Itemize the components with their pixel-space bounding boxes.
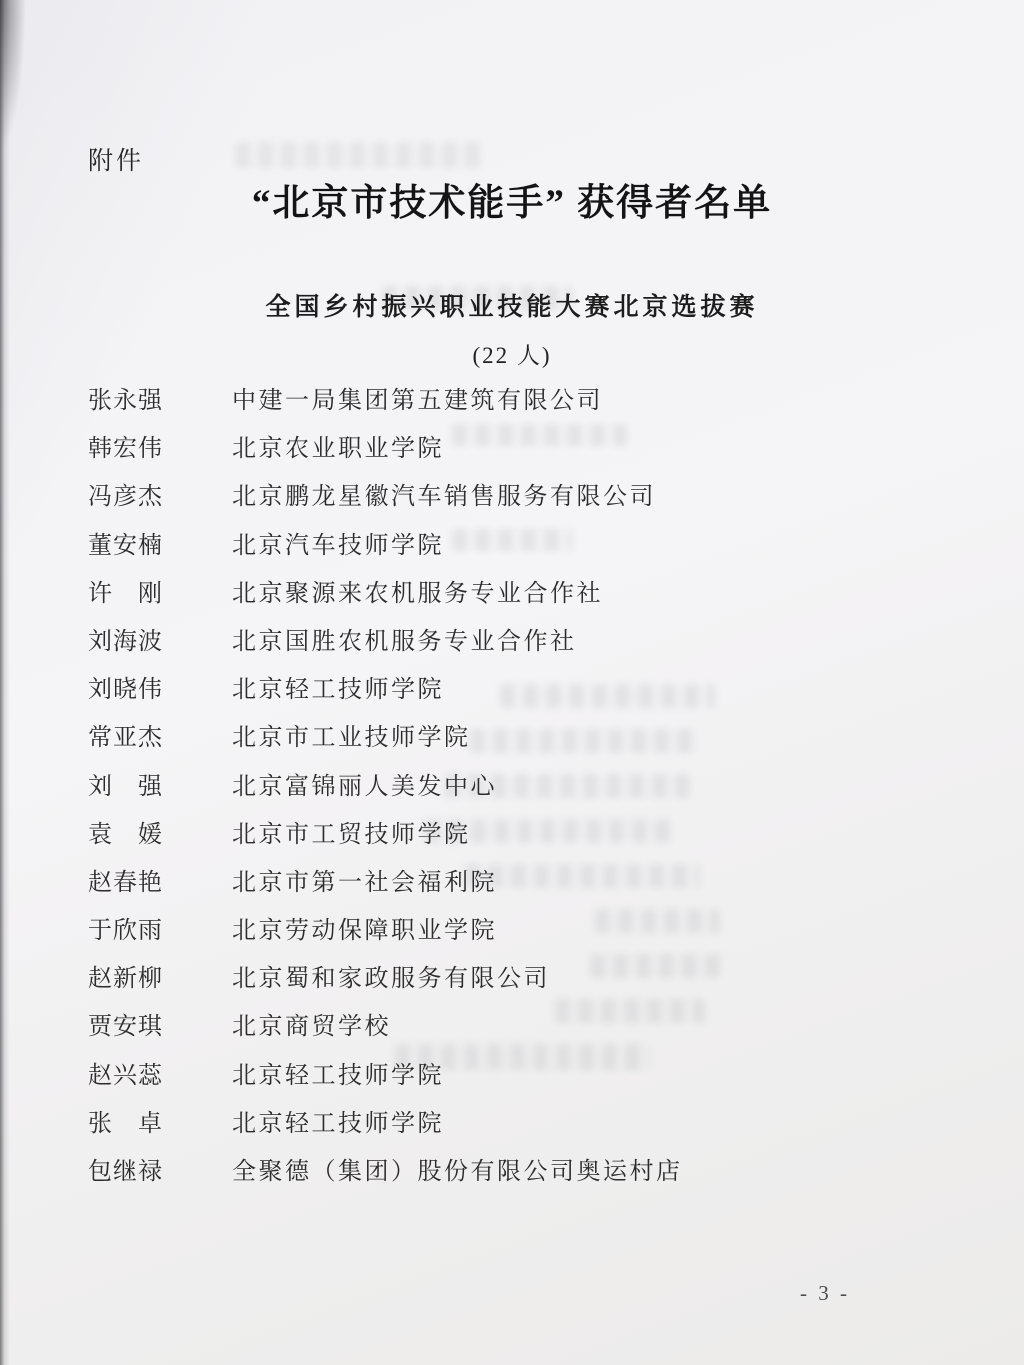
winner-row: 赵春艳北京市第一社会福利院 <box>88 862 948 910</box>
winner-organization: 中建一局集团第五建筑有限公司 <box>232 380 603 415</box>
winner-organization: 北京富锦丽人美发中心 <box>232 766 497 801</box>
winner-name: 韩宏伟 <box>88 428 198 463</box>
winner-organization: 北京商贸学校 <box>232 1006 391 1041</box>
winner-organization: 北京劳动保障职业学院 <box>232 910 497 945</box>
scan-corner-shadow <box>0 0 26 150</box>
document-title: “北京市技术能手” 获得者名单 <box>0 172 1024 226</box>
winner-organization: 北京市工业技师学院 <box>232 717 471 752</box>
page-number: - 3 - <box>770 1281 880 1306</box>
winner-row: 许 刚北京聚源来农机服务专业合作社 <box>88 573 948 621</box>
winner-name: 贾安琪 <box>88 1006 198 1041</box>
winner-organization: 北京轻工技师学院 <box>232 669 444 704</box>
winner-organization: 北京农业职业学院 <box>232 428 444 463</box>
winner-row: 赵兴蕊北京轻工技师学院 <box>88 1055 948 1103</box>
winner-name: 冯彦杰 <box>88 476 198 511</box>
winner-name: 刘 强 <box>88 766 198 801</box>
winner-organization: 北京轻工技师学院 <box>232 1103 444 1138</box>
winner-row: 赵新柳北京蜀和家政服务有限公司 <box>88 958 948 1006</box>
winner-organization: 北京汽车技师学院 <box>232 525 444 560</box>
winner-row: 刘海波北京国胜农机服务专业合作社 <box>88 621 948 669</box>
winner-organization: 北京市第一社会福利院 <box>232 862 497 897</box>
winner-row: 于欣雨北京劳动保障职业学院 <box>88 910 948 958</box>
winner-name: 于欣雨 <box>88 910 198 945</box>
winner-row: 贾安琪北京商贸学校 <box>88 1006 948 1054</box>
winner-name: 许 刚 <box>88 573 198 608</box>
winner-organization: 北京聚源来农机服务专业合作社 <box>232 573 603 608</box>
bleed-through-artifact <box>235 142 480 168</box>
winner-organization: 北京国胜农机服务专业合作社 <box>232 621 577 656</box>
winner-name: 常亚杰 <box>88 717 198 752</box>
winner-name: 董安楠 <box>88 525 198 560</box>
winner-row: 张 卓北京轻工技师学院 <box>88 1103 948 1151</box>
winner-row: 董安楠北京汽车技师学院 <box>88 525 948 573</box>
winner-organization: 北京市工贸技师学院 <box>232 814 471 849</box>
winner-name: 刘海波 <box>88 621 198 656</box>
winner-row: 刘 强北京富锦丽人美发中心 <box>88 766 948 814</box>
winner-row: 冯彦杰北京鹏龙星徽汽车销售服务有限公司 <box>88 476 948 524</box>
winner-organization: 北京鹏龙星徽汽车销售服务有限公司 <box>232 476 656 511</box>
winner-name: 袁 媛 <box>88 814 198 849</box>
winner-row: 韩宏伟北京农业职业学院 <box>88 428 948 476</box>
winner-name: 包继禄 <box>88 1151 198 1186</box>
winner-row: 张永强中建一局集团第五建筑有限公司 <box>88 380 948 428</box>
winner-name: 张永强 <box>88 380 198 415</box>
winner-organization: 全聚德（集团）股份有限公司奥运村店 <box>232 1151 683 1186</box>
winner-row: 包继禄全聚德（集团）股份有限公司奥运村店 <box>88 1151 948 1199</box>
winner-name: 赵新柳 <box>88 958 198 993</box>
winner-organization: 北京蜀和家政服务有限公司 <box>232 958 550 993</box>
winner-name: 刘晓伟 <box>88 669 198 704</box>
winner-name: 张 卓 <box>88 1103 198 1138</box>
scanned-document-page: 附件 “北京市技术能手” 获得者名单 全国乡村振兴职业技能大赛北京选拔赛 (22… <box>0 0 1024 1365</box>
winner-row: 常亚杰北京市工业技师学院 <box>88 717 948 765</box>
winner-row: 袁 媛北京市工贸技师学院 <box>88 814 948 862</box>
winner-name: 赵兴蕊 <box>88 1055 198 1090</box>
winner-row: 刘晓伟北京轻工技师学院 <box>88 669 948 717</box>
winner-list: 张永强中建一局集团第五建筑有限公司韩宏伟北京农业职业学院冯彦杰北京鹏龙星徽汽车销… <box>88 380 948 1199</box>
winner-organization: 北京轻工技师学院 <box>232 1055 444 1090</box>
winner-name: 赵春艳 <box>88 862 198 897</box>
winner-count: (22 人) <box>0 337 1024 370</box>
document-subtitle: 全国乡村振兴职业技能大赛北京选拔赛 <box>0 287 1024 323</box>
